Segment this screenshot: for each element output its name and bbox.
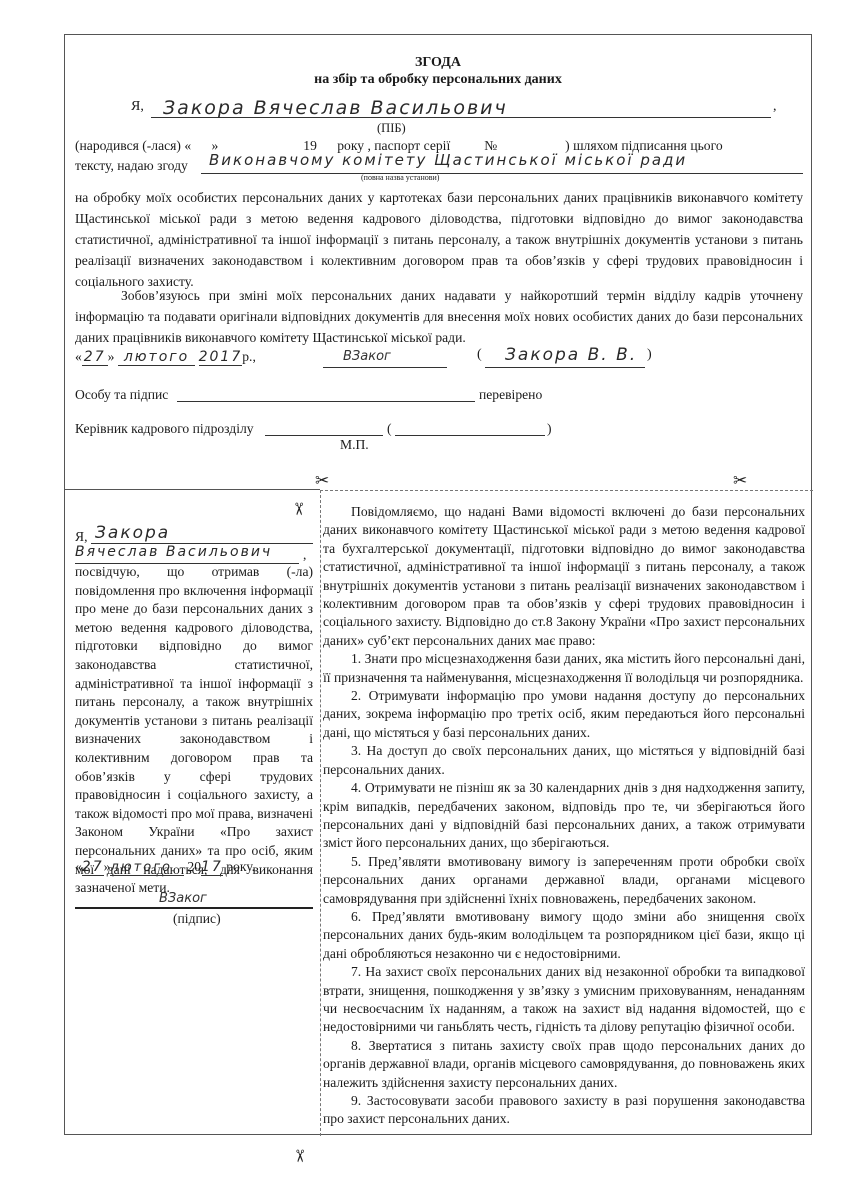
stamp-label: М.П. bbox=[340, 437, 369, 453]
right-item: 1. Знати про місцезнаходження бази даних… bbox=[323, 650, 805, 687]
receipt-signature-line bbox=[75, 907, 313, 909]
full-name-field[interactable]: Закора Вячеслав Васильович bbox=[151, 97, 771, 118]
comma: , bbox=[773, 99, 777, 115]
consent-date-day: 27 bbox=[82, 349, 108, 366]
institution-field[interactable]: Виконавчому комітету Щастинської міської… bbox=[201, 151, 803, 174]
document-subtitle: на збір та обробку персональних даних bbox=[65, 72, 811, 88]
receipt-top-border bbox=[65, 489, 320, 490]
signer-name-field[interactable]: Закора В. В. bbox=[485, 345, 645, 368]
document-frame: ЗГОДА на збір та обробку персональних да… bbox=[64, 34, 812, 1135]
hr-head-label: Керівник кадрового підрозділу bbox=[75, 421, 254, 437]
right-item: 2. Отримувати інформацію про умови надан… bbox=[323, 687, 805, 742]
receipt-date-year-prefix: 20 bbox=[187, 859, 201, 874]
consent-paragraph-2: Зобов’язуюсь при зміні моїх персональних… bbox=[75, 285, 803, 348]
notice-intro: Повідомляємо, що надані Вами відомості в… bbox=[323, 503, 805, 650]
institution-handwritten: Виконавчому комітету Щастинської міської… bbox=[209, 151, 687, 169]
receipt-date-suffix: року. bbox=[226, 859, 255, 874]
document-title: ЗГОДА bbox=[65, 55, 811, 71]
hr-head-name-field[interactable] bbox=[395, 419, 545, 436]
hr-head-signature-field[interactable] bbox=[265, 419, 383, 436]
institution-caption: (повна назва установи) bbox=[361, 173, 439, 182]
right-item: 6. Пред’являти вмотивовану вимогу щодо з… bbox=[323, 908, 805, 963]
consent-signature-field[interactable]: ВЗаког bbox=[323, 347, 447, 368]
paren-close-2: ) bbox=[547, 421, 552, 437]
verified-suffix: перевірено bbox=[479, 387, 542, 403]
scissors-icon: ✂ bbox=[289, 1149, 309, 1163]
right-item: 7. На захист своїх персональних даних ві… bbox=[323, 963, 805, 1037]
receipt-name-field-2[interactable]: Вячеслав Васильович bbox=[75, 543, 299, 564]
cut-line-horizontal bbox=[320, 490, 813, 491]
pib-label: (ПІБ) bbox=[377, 121, 406, 136]
consent-paragraph-1: на обробку моїх особистих персональних д… bbox=[75, 187, 803, 292]
scissors-icon: ✂ bbox=[288, 502, 308, 516]
full-name-handwritten: Закора Вячеслав Васильович bbox=[163, 97, 508, 119]
comma-2: , bbox=[303, 547, 306, 563]
paren-open-2: ( bbox=[387, 421, 392, 437]
receipt-signature: ВЗаког bbox=[159, 891, 207, 906]
consent-date-year: 2017 bbox=[199, 349, 243, 366]
notice-section: Повідомляємо, що надані Вами відомості в… bbox=[323, 503, 805, 1129]
receipt-name-line2: Вячеслав Васильович bbox=[75, 544, 272, 560]
receipt-name-line1: Закора bbox=[95, 523, 170, 543]
consent-date-month: лютого bbox=[118, 349, 195, 366]
right-item: 9. Застосовувати засоби правового захист… bbox=[323, 1092, 805, 1129]
receipt-date: «27»лютого 2017 року. bbox=[75, 859, 255, 875]
receipt-date-month: лютого bbox=[110, 860, 184, 876]
signer-short-name: Закора В. В. bbox=[505, 345, 637, 365]
right-item: 5. Пред’являти вмотивовану вимогу із зап… bbox=[323, 853, 805, 908]
consent-date: «27» лютого 2017р., bbox=[75, 349, 256, 365]
paren-close: ) bbox=[647, 347, 652, 363]
right-item: 8. Звертатися з питань захисту своїх пра… bbox=[323, 1037, 805, 1092]
signature-caption: (підпис) bbox=[173, 911, 221, 927]
right-item: 4. Отримувати не пізніш як за 30 календа… bbox=[323, 779, 805, 853]
receipt-date-day: 27 bbox=[82, 859, 104, 876]
scissors-icon: ✂ bbox=[733, 471, 747, 491]
receipt-text: посвідчую, що отримав (-ла) повідомлення… bbox=[75, 563, 313, 898]
verified-prefix: Особу та підпис bbox=[75, 387, 168, 403]
i-label: Я, bbox=[131, 99, 144, 115]
consent-date-suffix: р., bbox=[242, 349, 256, 364]
receipt-text-body: посвідчую, що отримав (-ла) повідомлення… bbox=[75, 563, 313, 898]
consent-prefix: тексту, надаю згоду bbox=[75, 158, 188, 174]
right-item: 3. На доступ до своїх персональних даних… bbox=[323, 742, 805, 779]
cut-line-vertical bbox=[320, 490, 321, 1136]
paren-open: ( bbox=[477, 347, 482, 363]
receipt-date-year-suffix: 17 bbox=[201, 859, 223, 876]
scissors-icon: ✂ bbox=[315, 471, 329, 491]
receipt-signature-field[interactable]: ВЗаког bbox=[159, 889, 207, 907]
verifier-field[interactable] bbox=[177, 385, 475, 402]
consent-signature: ВЗаког bbox=[343, 349, 391, 364]
receipt-name-field-1[interactable]: Закора bbox=[91, 523, 313, 544]
